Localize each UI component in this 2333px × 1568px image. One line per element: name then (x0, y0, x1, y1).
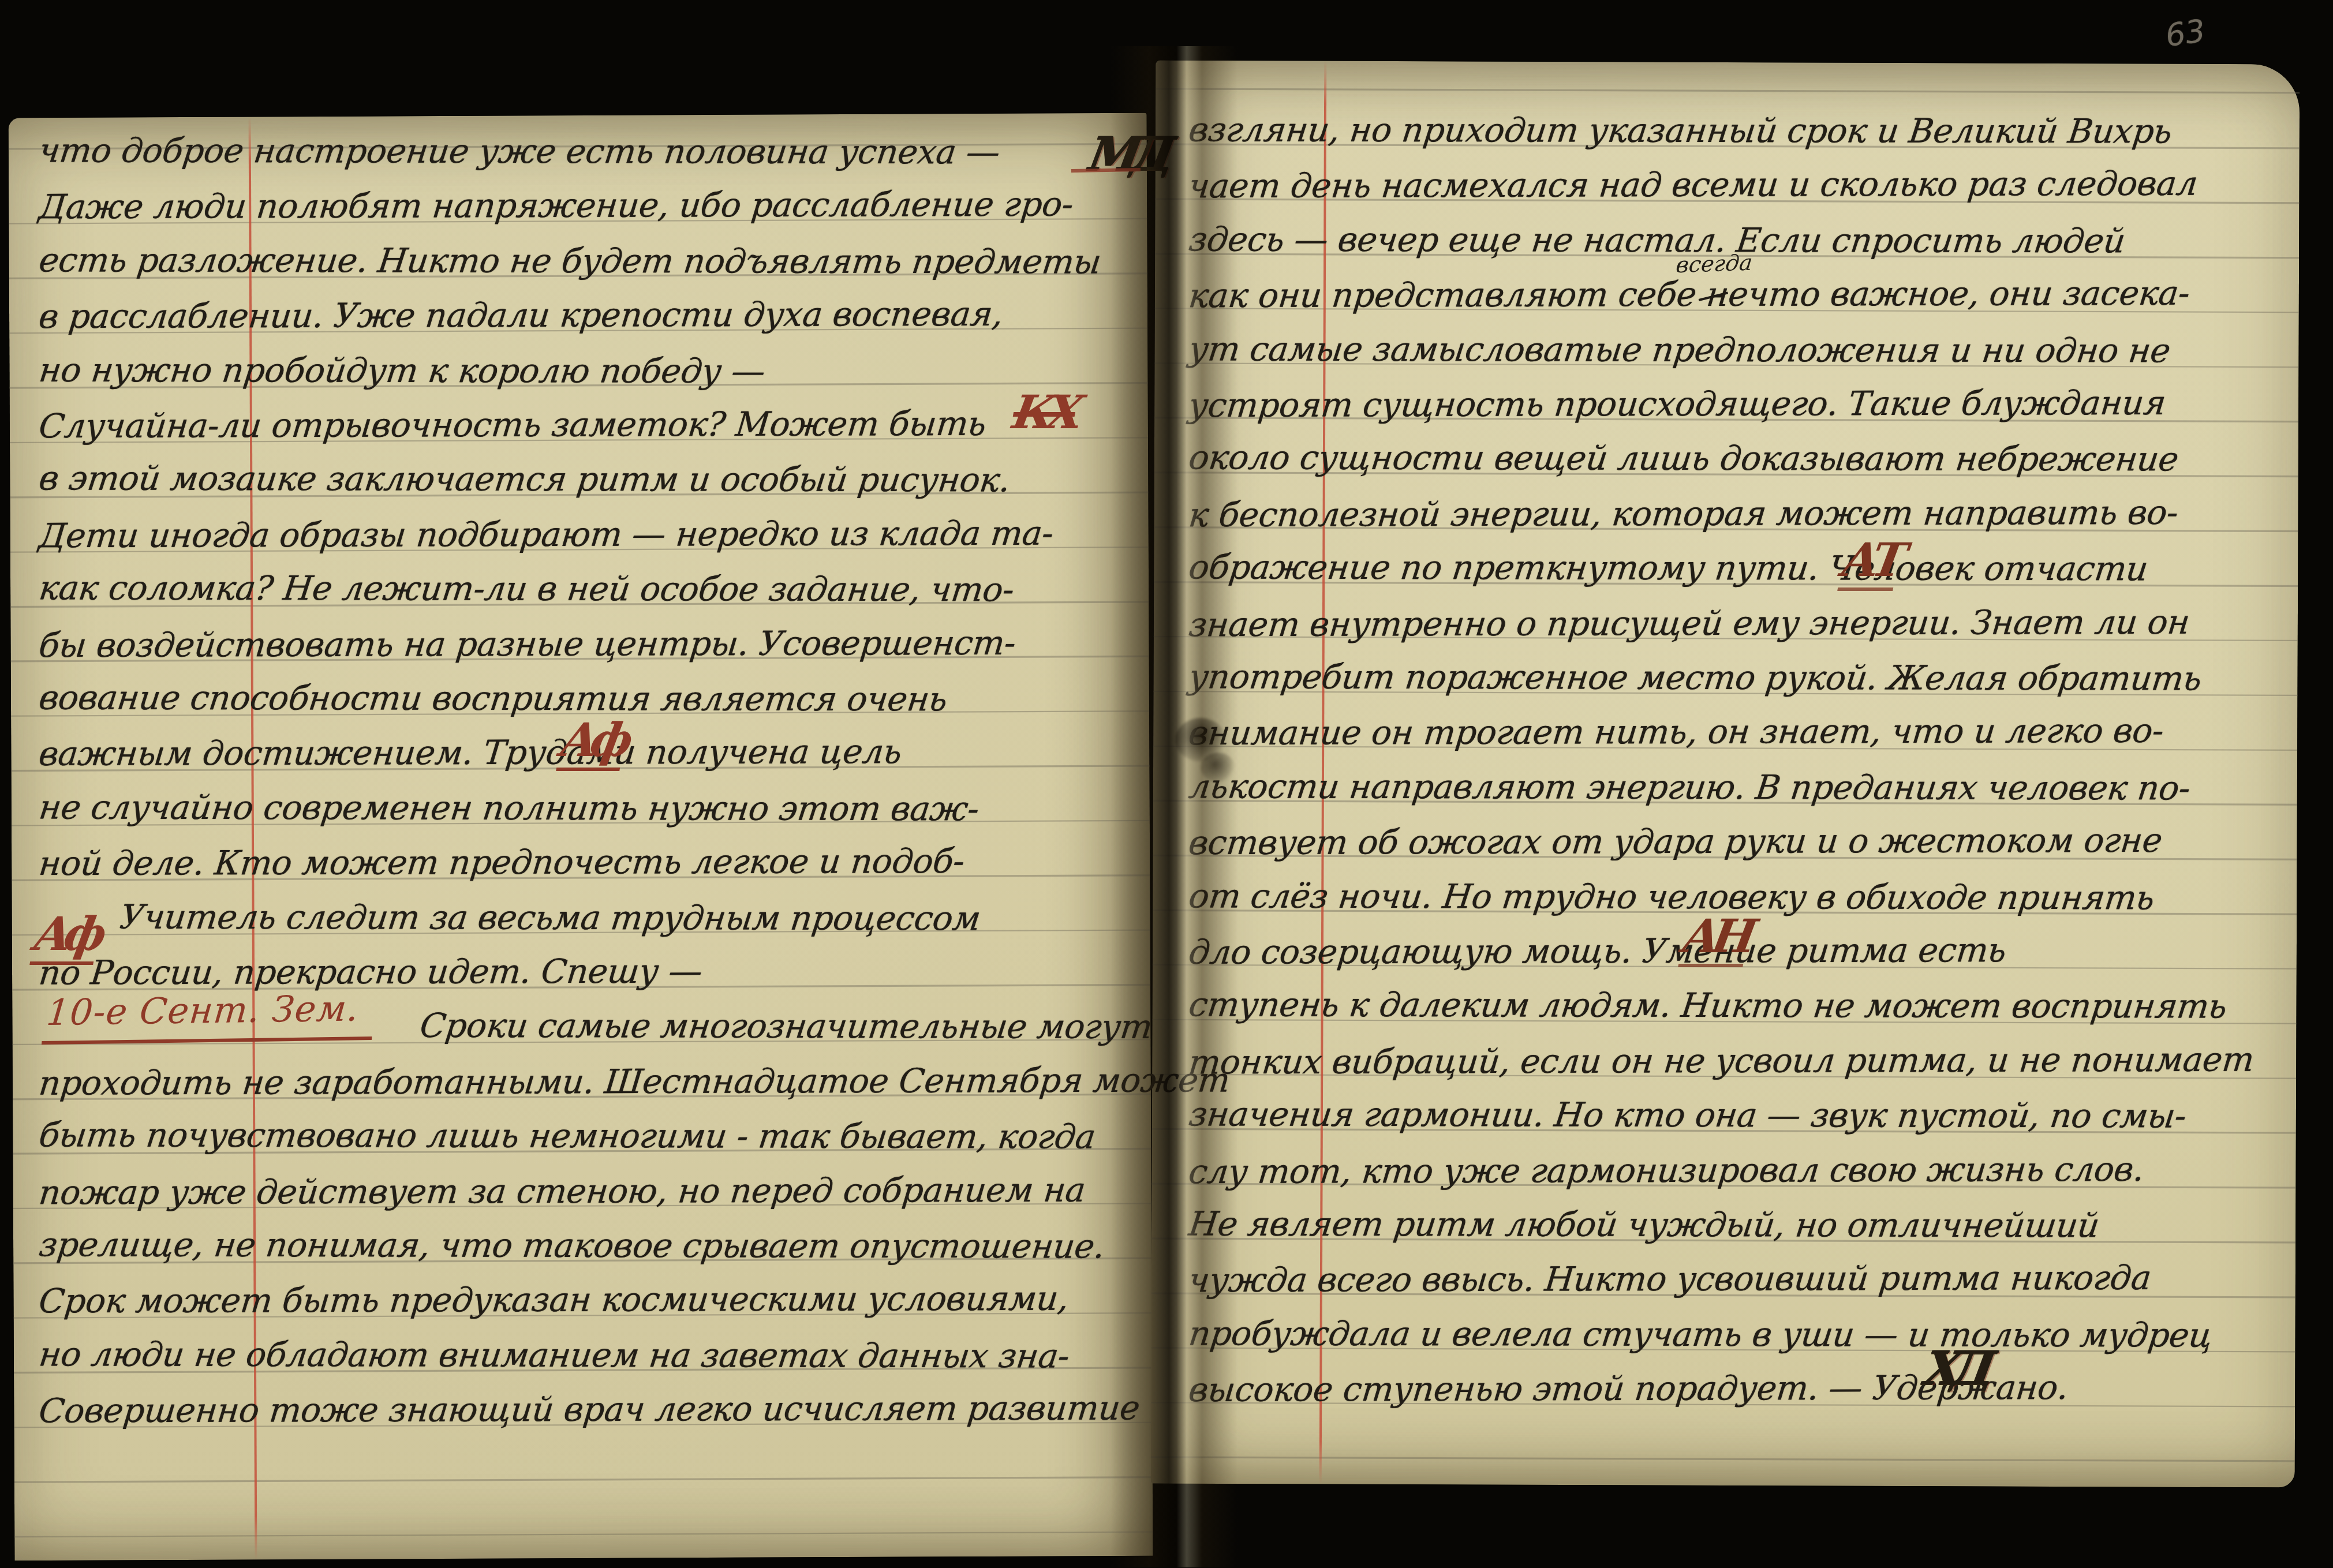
monogram-mark: АТ (1837, 533, 1903, 591)
notebook-scan: что доброе настроение уже есть половина … (0, 0, 2333, 1567)
date-heading: 10-е Сент. Зем. (42, 988, 377, 1045)
ink-blot (1201, 753, 1235, 783)
editorial-monograms: МДКХАфАфАТАНХД (0, 0, 2333, 1567)
monogram-mark: АН (1678, 910, 1753, 967)
monogram-mark: КХ (1009, 386, 1080, 440)
monogram-mark: МД (1085, 127, 1171, 181)
monogram-mark: Аф (29, 907, 103, 965)
monogram-mark: ХД (1921, 1341, 1991, 1395)
monogram-mark: Аф (556, 713, 629, 771)
